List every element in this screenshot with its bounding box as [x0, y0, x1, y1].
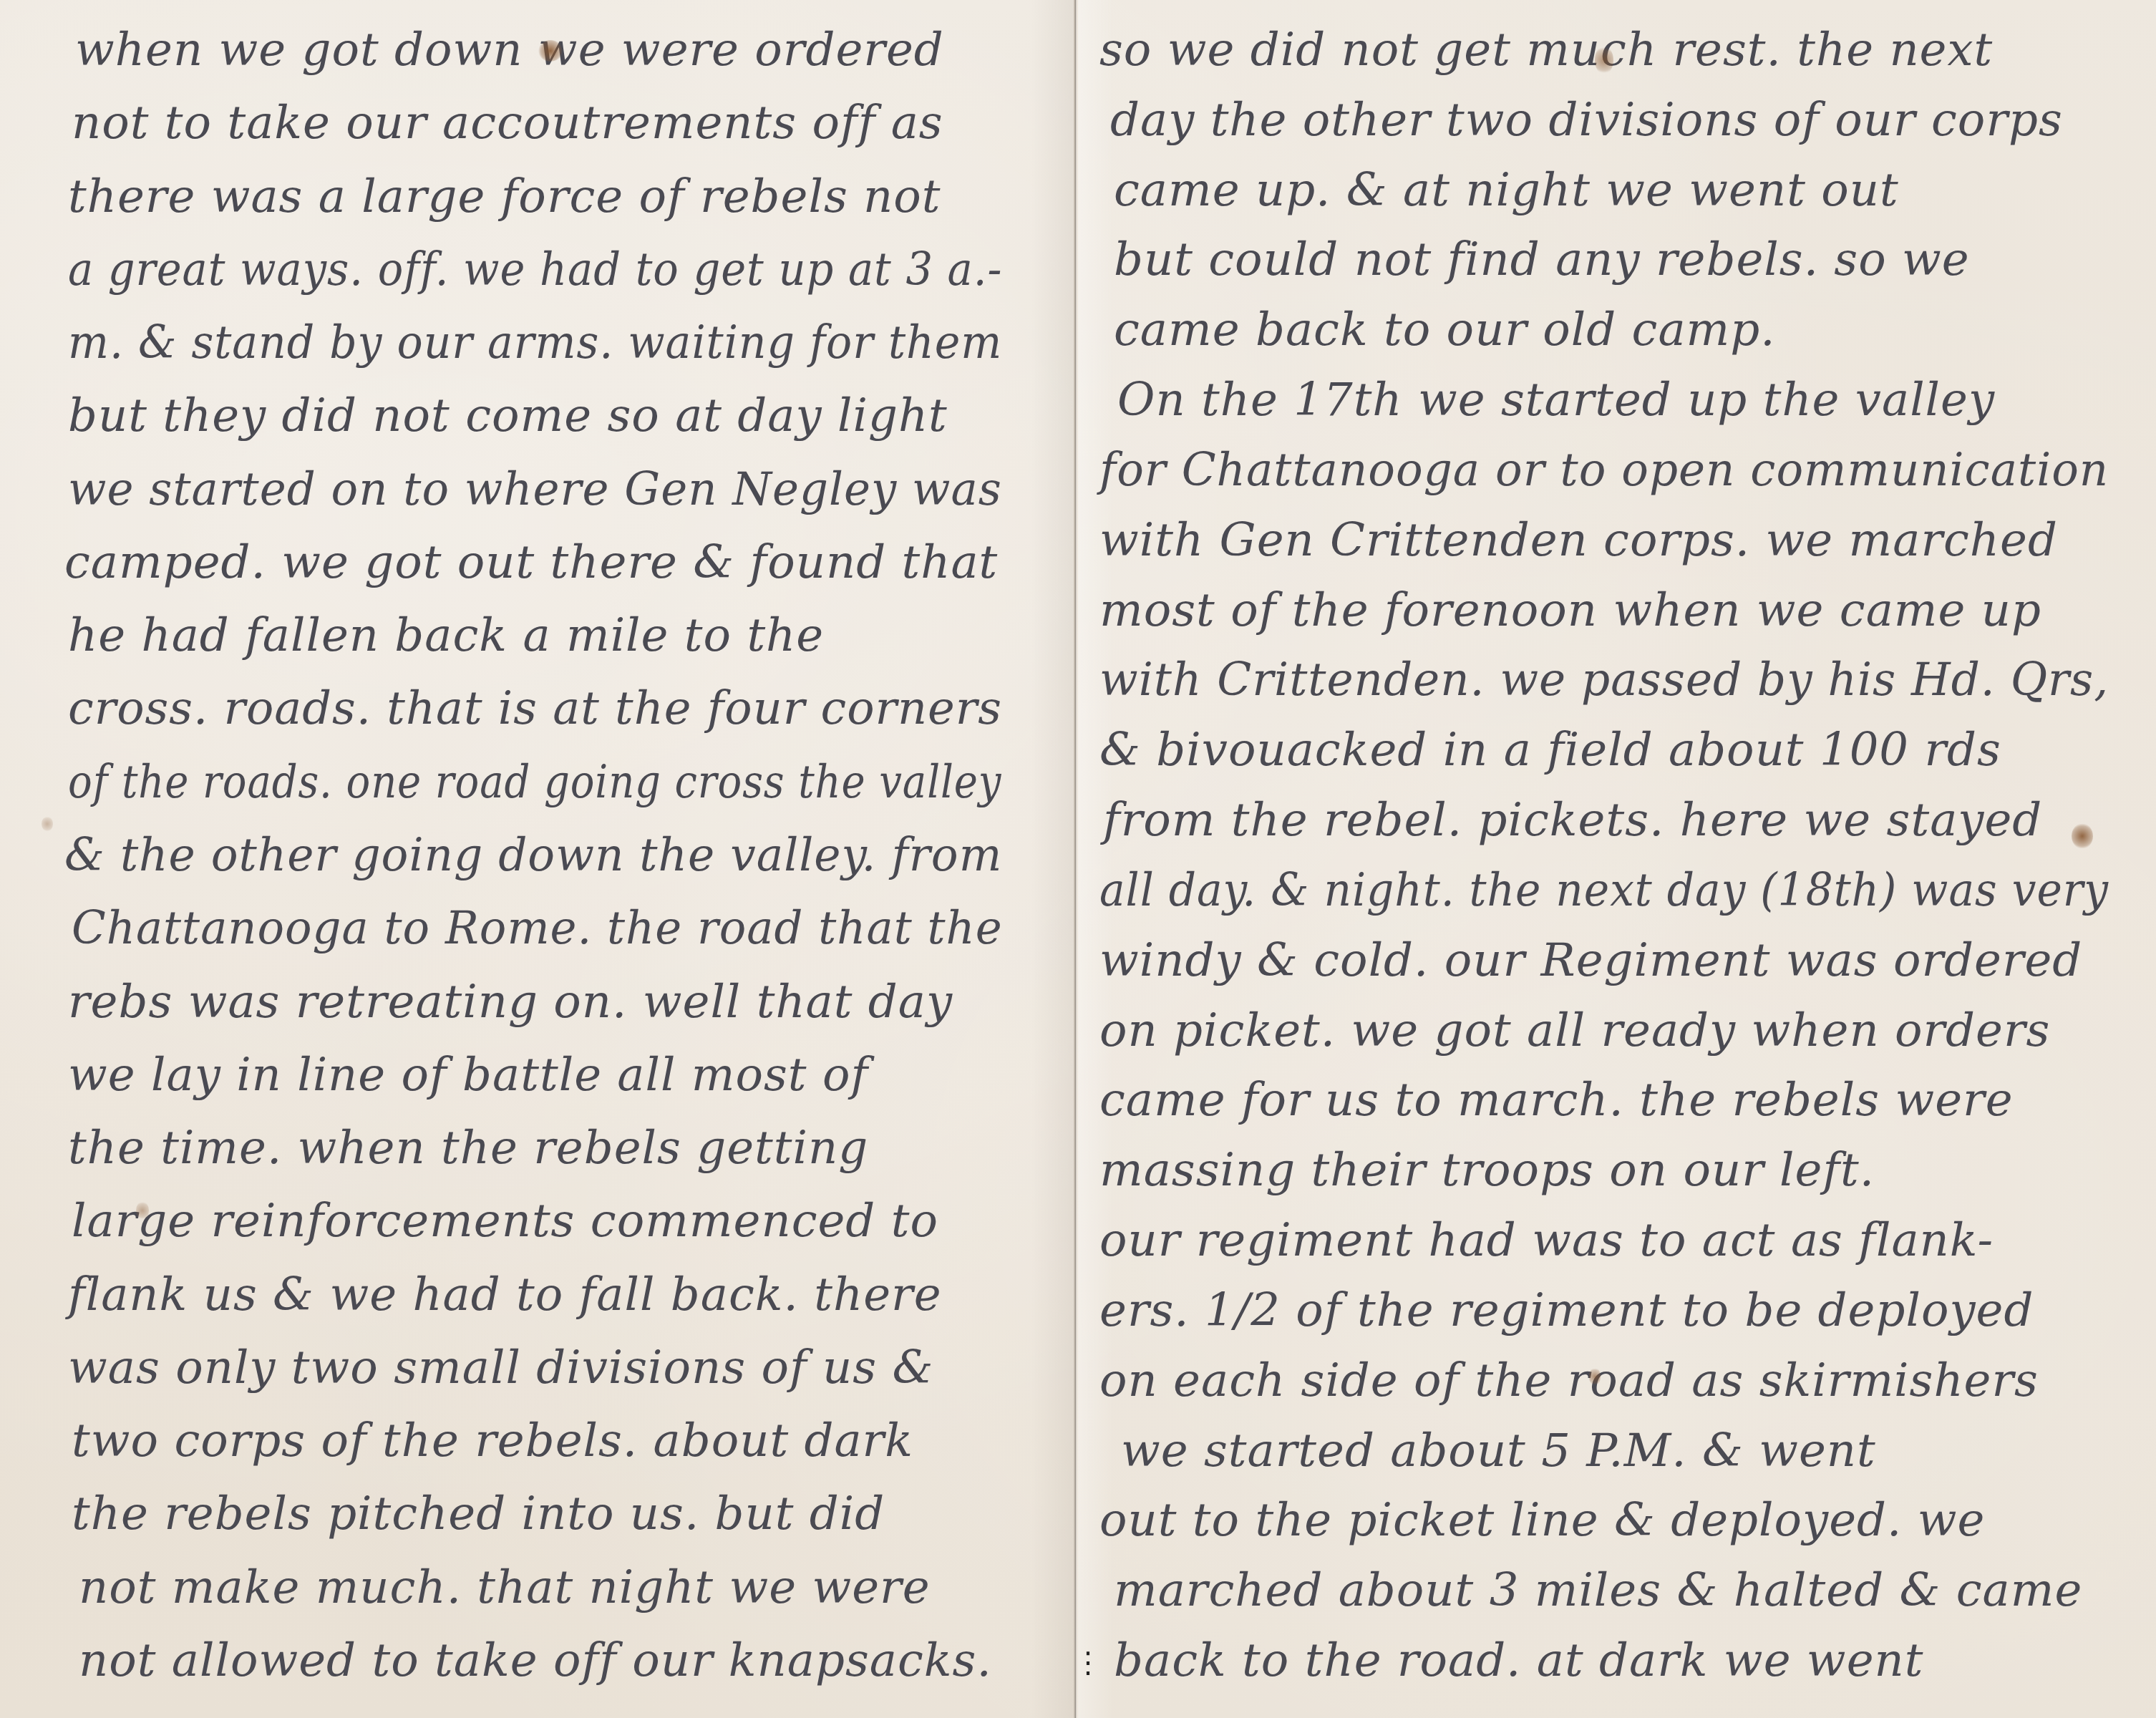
- left-line-20: two corps of the rebels. about dark: [72, 1412, 913, 1470]
- left-line-9: he had fallen back a mile to the: [68, 607, 824, 664]
- left-line-11: of the roads. one road going cross the v…: [68, 754, 1001, 811]
- letter-sheet: when we got down we were ordered not to …: [0, 0, 2156, 1718]
- right-line-18: our regiment had was to act as flank-: [1099, 1212, 1994, 1269]
- left-line-17: large reinforcements commenced to: [72, 1193, 938, 1250]
- right-line-17: massing their troops on our left.: [1099, 1142, 1875, 1199]
- right-line-1: so we did not get much rest. the next: [1099, 21, 1993, 79]
- left-line-23: not allowed to take off our knapsacks.: [79, 1632, 992, 1689]
- ink-stain: [538, 40, 563, 62]
- ink-stain: [136, 1201, 149, 1220]
- right-line-2: day the other two divisions of our corps: [1110, 92, 2063, 149]
- right-line-8: with Gen Crittenden corps. we marched: [1099, 512, 2058, 569]
- left-line-10: cross. roads. that is at the four corner…: [68, 680, 1002, 737]
- left-line-7: we started on to where Gen Negley was: [68, 461, 1002, 518]
- right-line-24: back to the road. at dark we went: [1114, 1632, 1923, 1689]
- left-line-21: the rebels pitched into us. but did: [72, 1485, 885, 1543]
- right-line-20: on each side of the road as skirmishers: [1099, 1352, 2039, 1409]
- right-line-11: & bivouacked in a field about 100 rds: [1099, 722, 2001, 779]
- right-line-6: On the 17th we started up the valley: [1117, 372, 1995, 429]
- right-line-12: from the rebel. pickets. here we stayed: [1103, 792, 2042, 849]
- margin-dots: ⋮: [1074, 1646, 1102, 1679]
- left-line-12: & the other going down the valley. from: [64, 827, 1002, 884]
- ink-stain: [2072, 823, 2093, 849]
- right-line-7: for Chattanooga or to open communication: [1099, 442, 2109, 499]
- left-line-19: was only two small divisions of us &: [68, 1339, 933, 1397]
- left-line-8: camped. we got out there & found that: [64, 534, 998, 591]
- left-line-5: m. & stand by our arms. waiting for them: [68, 314, 1002, 372]
- left-line-3: there was a large force of rebels not: [68, 168, 941, 225]
- right-line-4: but could not find any rebels. so we: [1114, 231, 1970, 288]
- left-line-13: Chattanooga to Rome. the road that the: [72, 900, 1003, 957]
- right-line-14: windy & cold. our Regiment was ordered: [1099, 932, 2082, 989]
- left-line-16: the time. when the rebels getting: [68, 1120, 868, 1177]
- right-line-22: out to the picket line & deployed. we: [1099, 1492, 1985, 1549]
- left-line-14: rebs was retreating on. well that day: [68, 974, 953, 1031]
- left-line-15: we lay in line of battle all most of: [68, 1047, 868, 1104]
- right-line-9: most of the forenoon when we came up: [1099, 582, 2041, 639]
- right-line-10: with Crittenden. we passed by his Hd. Qr…: [1099, 651, 2109, 709]
- left-line-6: but they did not come so at day light: [68, 387, 948, 445]
- right-line-15: on picket. we got all ready when orders: [1099, 1002, 2050, 1059]
- left-line-4: a great ways. off. we had to get up at 3…: [68, 241, 1002, 299]
- right-line-21: we started about 5 P.M. & went: [1121, 1422, 1876, 1480]
- right-line-5: came back to our old camp.: [1114, 301, 1776, 359]
- ink-stain: [42, 816, 53, 832]
- left-line-2: not to take our accoutrements off as: [72, 94, 943, 152]
- right-line-13: all day. & night. the next day (18th) wa…: [1099, 862, 2109, 919]
- left-line-22: not make much. that night we were: [79, 1559, 931, 1616]
- ink-stain: [1589, 1367, 1601, 1386]
- ink-stain: [1595, 46, 1613, 74]
- fold-shadow: [1031, 0, 1074, 1718]
- left-line-1: when we got down we were ordered: [75, 21, 944, 79]
- left-line-18: flank us & we had to fall back. there: [68, 1266, 942, 1324]
- right-line-16: came for us to march. the rebels were: [1099, 1072, 2014, 1129]
- right-line-23: marched about 3 miles & halted & came: [1114, 1562, 2082, 1619]
- left-page: when we got down we were ordered not to …: [0, 0, 1074, 1718]
- right-page: so we did not get much rest. the next da…: [1078, 0, 2156, 1718]
- right-line-19: ers. 1/2 of the regiment to be deployed: [1099, 1282, 2034, 1339]
- right-line-3: came up. & at night we went out: [1114, 162, 1899, 219]
